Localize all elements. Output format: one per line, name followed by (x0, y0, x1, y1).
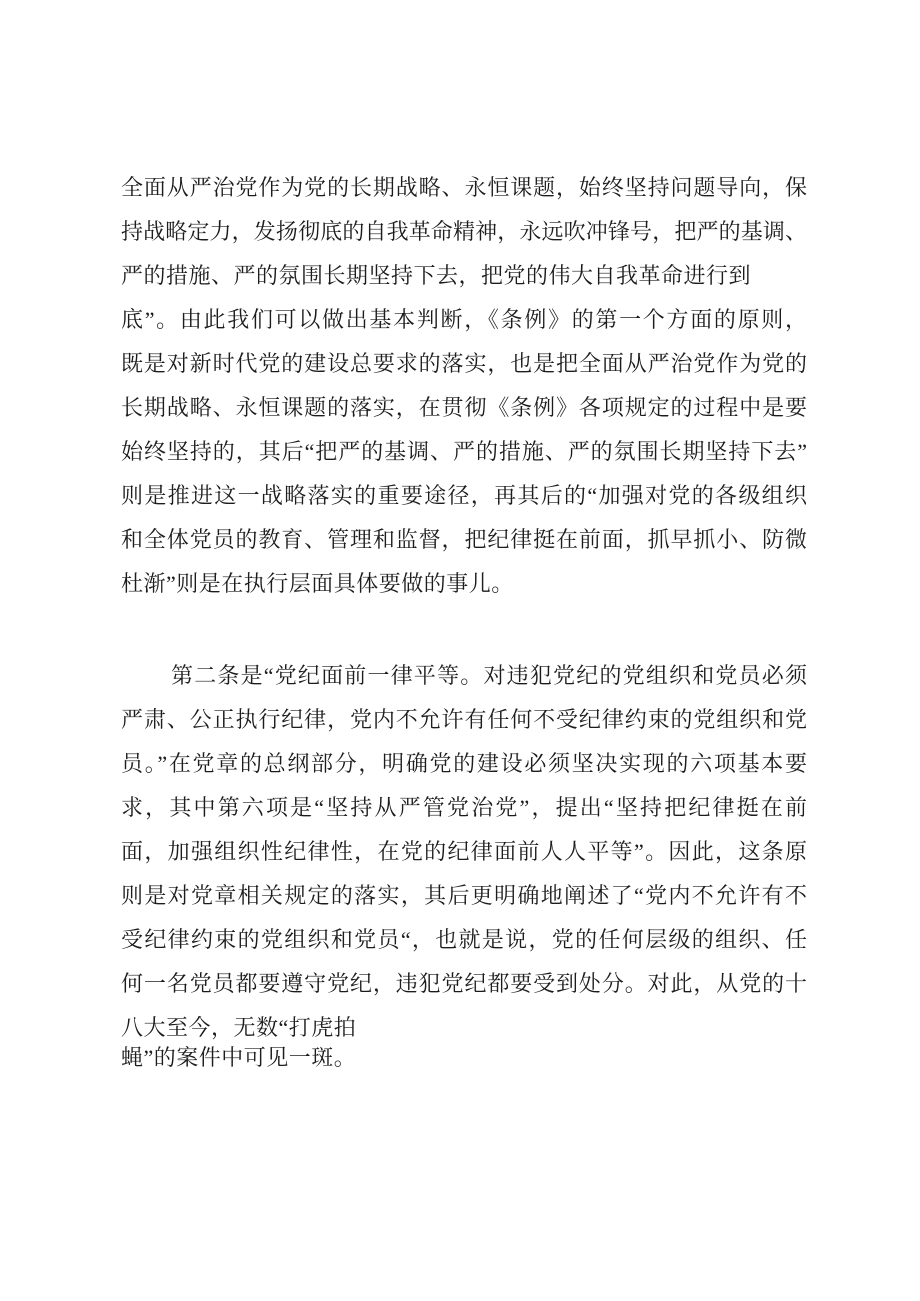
text-line: 杜渐”则是在执行层面具体要做的事儿。 (121, 562, 807, 606)
text-line: 和全体党员的教育、管理和监督，把纪律挺在前面，抓早抓小、防微 (121, 518, 807, 562)
text-line: 严的措施、严的氛围长期坚持下去，把党的伟大自我革命进行到 (121, 254, 807, 298)
text-line: 既是对新时代党的建设总要求的落实，也是把全面从严治党作为党的 (121, 342, 807, 386)
text-line: 底”。由此我们可以做出基本判断，《条例》的第一个方面的原则， (121, 298, 807, 342)
document-text: 全面从严治党作为党的长期战略、永恒课题，始终坚持问题导向，保持战略定力，发扬彻底… (121, 166, 807, 1080)
text-line: 蝇”的案件中可见一斑。 (121, 1036, 807, 1080)
text-line: 始终坚持的，其后“把严的基调、严的措施、严的氛围长期坚持下去” (121, 430, 807, 474)
text-line: 则是对党章相关规定的落实，其后更明确地阐述了“党内不允许有不 (121, 874, 807, 918)
paragraph-1: 全面从严治党作为党的长期战略、永恒课题，始终坚持问题导向，保持战略定力，发扬彻底… (121, 166, 807, 606)
text-line: 长期战略、永恒课题的落实，在贯彻《条例》各项规定的过程中是要 (121, 386, 807, 430)
text-line: 面，加强组织性纪律性，在党的纪律面前人人平等”。因此，这条原 (121, 830, 807, 874)
text-line: 则是推进这一战略落实的重要途径，再其后的“加强对党的各级组织 (121, 474, 807, 518)
text-line: 受纪律约束的党组织和党员“，也就是说，党的任何层级的组织、任 (121, 918, 807, 962)
text-line: 严肃、公正执行纪律，党内不允许有任何不受纪律约束的党组织和党 (121, 698, 807, 742)
text-line: 持战略定力，发扬彻底的自我革命精神，永远吹冲锋号，把严的基调、 (121, 210, 807, 254)
paragraph-2: 第二条是“党纪面前一律平等。对违犯党纪的党组织和党员必须严肃、公正执行纪律，党内… (121, 654, 807, 1080)
text-line: 全面从严治党作为党的长期战略、永恒课题，始终坚持问题导向，保 (121, 166, 807, 210)
text-line: 第二条是“党纪面前一律平等。对违犯党纪的党组织和党员必须 (121, 654, 807, 698)
text-line: 求，其中第六项是“坚持从严管党治党”，提出“坚持把纪律挺在前 (121, 786, 807, 830)
text-line: 何一名党员都要遵守党纪，违犯党纪都要受到处分。对此，从党的十 (121, 962, 807, 1006)
text-line: 员。”在党章的总纲部分，明确党的建设必须坚决实现的六项基本要 (121, 742, 807, 786)
